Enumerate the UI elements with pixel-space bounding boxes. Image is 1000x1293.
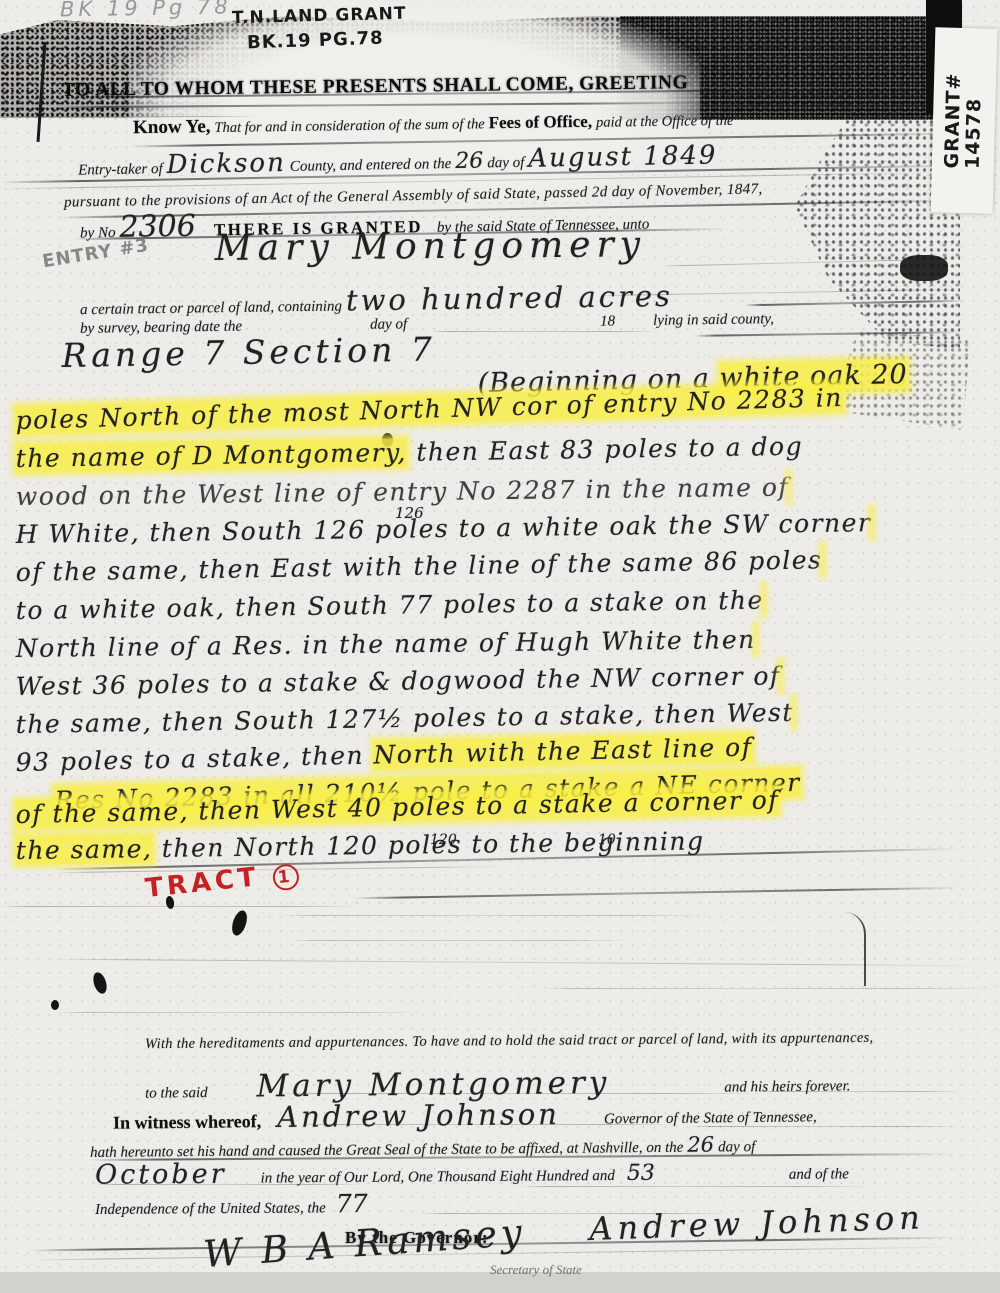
grant-label-number: 14578 — [962, 97, 986, 169]
containing-label: a certain tract or parcel of land, conta… — [80, 298, 342, 318]
entry-day-of: day of — [487, 155, 524, 172]
date-line: October in the year of Our Lord, One Tho… — [95, 1154, 849, 1190]
superscript-correction-text: 126 — [395, 504, 424, 522]
stray-pen-mark — [838, 912, 866, 986]
description-line: poles North of the most North NW cor of … — [15, 383, 843, 435]
description-text: the same, then South 127½ poles to a sta… — [16, 698, 795, 739]
rule-line — [0, 906, 360, 907]
description-line: to a white oak, then South 77 poles to a… — [16, 586, 764, 625]
ink-blot — [91, 971, 109, 996]
entry-day: 26 — [455, 149, 483, 174]
description-line: the name of D Montgomery, then East 83 p… — [16, 432, 804, 473]
secretary-title: Secretary of State — [490, 1262, 582, 1278]
survey-lying-label: lying in said county, — [653, 311, 774, 329]
independence-line: Independence of the United States, the 7… — [95, 1189, 368, 1220]
entry-mid: County, and entered on the — [290, 156, 452, 175]
tract-annotation-word: TRACT — [144, 862, 261, 904]
grantee-name-text: Mary Montgomery — [215, 224, 647, 269]
description-text: North line of a Res. in the name of Hugh… — [16, 625, 756, 663]
description-line: 93 poles to a stake, then North with the… — [15, 733, 752, 777]
to-the-said-label: to the said — [145, 1085, 208, 1102]
ink-blot — [229, 909, 249, 938]
scanned-land-grant-document: BK 19 Pg 78 T.N.LAND GRANT BK.19 PG.78 G… — [0, 0, 1000, 1293]
hereditaments-text: With the hereditaments and appurtenances… — [145, 1030, 874, 1052]
description-line: the same, then South 127½ poles to a sta… — [16, 698, 795, 739]
description-highlight: the same, — [16, 834, 153, 865]
ink-blot — [51, 1000, 59, 1010]
entry-taker-of: Entry-taker of — [78, 161, 163, 178]
know-ye-tail: paid at the Office of the — [596, 113, 734, 131]
know-ye-label: Know Ye, — [133, 116, 211, 138]
by-no-label: by No — [80, 225, 116, 242]
rule-line — [280, 915, 710, 916]
subscript-note-text: 120 — [430, 832, 457, 848]
entry-month-year: August 1849 — [528, 140, 718, 173]
description-text: 93 poles to a stake, then — [15, 741, 373, 777]
rule-line — [540, 988, 995, 989]
month-value: October — [95, 1159, 227, 1191]
rule-line — [55, 1012, 425, 1013]
description-text: to a white oak, then South 77 poles to a… — [16, 586, 764, 625]
description-highlight: poles North of the most North NW cor of … — [15, 383, 843, 435]
description-text: West 36 poles to a stake & dogwood the N… — [16, 661, 781, 701]
tract-annotation-number: 1 — [271, 863, 300, 892]
faint-scribble-text: BK 19 Pg 78 — [60, 0, 232, 21]
faint-scribble-note: BK 19 Pg 78 — [60, 0, 232, 21]
secretary-signature-text: W B A Ramsey — [202, 1211, 527, 1276]
description-line: West 36 poles to a stake & dogwood the N… — [16, 661, 781, 701]
secretary-signature: W B A Ramsey — [202, 1211, 527, 1276]
description-line: North line of a Res. in the name of Hugh… — [16, 625, 756, 663]
independence-text: Independence of the United States, the — [95, 1200, 326, 1218]
governor-name-inline: Andrew Johnson — [277, 1097, 560, 1134]
hereditaments-line: With the hereditaments and appurtenances… — [145, 1030, 874, 1053]
description-text: H White, then South 126 poles to a white… — [16, 508, 872, 549]
and-of-the-text: and of the — [789, 1166, 849, 1182]
survey-18: 18 — [600, 313, 615, 329]
county-name: Dickson — [166, 148, 286, 180]
grantee-name: Mary Montgomery — [215, 224, 647, 269]
description-highlight: North with the East line of — [373, 733, 752, 770]
description-text: of the same, then East with the line of … — [16, 545, 823, 587]
superscript-correction: 126 — [395, 504, 424, 522]
in-witness-whereof-label: In witness whereof, — [113, 1111, 261, 1133]
subscript-note-text: 10 — [598, 832, 616, 848]
secretary-title-text: Secretary of State — [490, 1262, 582, 1277]
rule-line — [290, 940, 630, 941]
independence-value: 77 — [336, 1189, 368, 1218]
description-line: H White, then South 126 poles to a white… — [16, 508, 872, 549]
rule-line — [355, 887, 960, 899]
description-text: then East 83 poles to a dog — [407, 432, 804, 467]
heirs-forever-text: and his heirs forever. — [724, 1078, 850, 1095]
seal-day: 26 — [687, 1132, 714, 1156]
year-line-text: in the year of Our Lord, One Thousand Ei… — [261, 1168, 615, 1186]
seal-day-of: day of — [718, 1139, 755, 1155]
range-section-line: Range 7 Section 7 — [61, 329, 436, 375]
subscript-note: 10 — [598, 832, 616, 848]
description-line: of the same, then East with the line of … — [16, 545, 823, 587]
range-section-text: Range 7 Section 7 — [61, 329, 436, 375]
witness-line: In witness whereof, Andrew Johnson Gover… — [113, 1094, 817, 1135]
know-ye-rest: That for and in consideration of the sum… — [214, 116, 484, 136]
governor-signature: Andrew Johnson — [589, 1198, 926, 1248]
year-value: 53 — [627, 1161, 655, 1186]
governor-signature-text: Andrew Johnson — [589, 1198, 926, 1248]
subscript-note: 120 — [430, 832, 457, 848]
description-text: then North 120 poles to the beginning — [152, 826, 705, 863]
description-highlight: the name of D Montgomery, — [16, 438, 408, 473]
fees-of-office: Fees of Office, — [489, 112, 593, 132]
governor-title-text: Governor of the State of Tennessee, — [604, 1109, 817, 1127]
grant-number-label: GRANT# 14578 — [931, 27, 998, 214]
